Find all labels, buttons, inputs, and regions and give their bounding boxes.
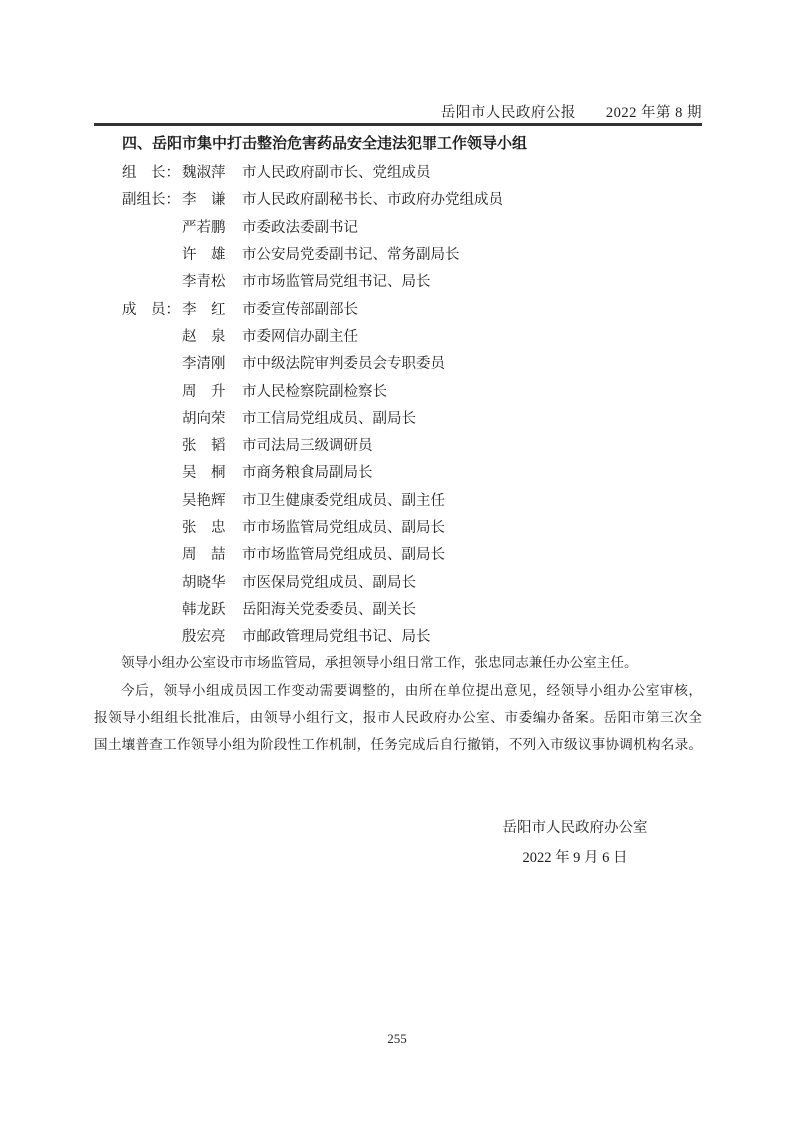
header-divider-rule (94, 123, 702, 126)
roster-member-name: 殷宏亮 (182, 625, 228, 646)
issuing-office-signature: 岳阳市人民政府办公室 (430, 813, 720, 843)
roster-member-title: 市人民检察院副检察长 (242, 380, 387, 401)
roster-member-title: 市市场监管局党组书记、局长 (242, 270, 431, 291)
roster-member-title: 市公安局党委副书记、常务副局长 (242, 243, 460, 264)
page-number: 255 (0, 1031, 794, 1047)
roster-row: 张 韬 市司法局三级调研员 (94, 431, 702, 458)
roster-member-title: 市工信局党组成员、副局长 (242, 407, 416, 428)
roster-row: 李青松 市市场监管局党组书记、局长 (94, 267, 702, 294)
roster-member-title: 市委政法委副书记 (242, 216, 358, 237)
roster-member-title: 市委网信办副主任 (242, 325, 358, 346)
roster-member-title: 市人民政府副秘书长、市政府办党组成员 (242, 188, 503, 209)
roster-member-title: 市医保局党组成员、副局长 (242, 571, 416, 592)
roster-row: 吴艳辉 市卫生健康委党组成员、副主任 (94, 486, 702, 513)
roster-member-name: 胡晓华 (182, 571, 228, 592)
roster-member-name: 张 忠 (182, 516, 228, 537)
closing-paragraphs: 领导小组办公室设市市场监管局，承担领导小组日常工作，张忠同志兼任办公室主任。今后… (94, 649, 702, 758)
roster-member-name: 胡向荣 (182, 407, 228, 428)
roster-member-name: 李 谦 (182, 188, 228, 209)
paragraph-line: 报领导小组组长批准后，由领导小组行文，报市人民政府办公室、市委编办备案。岳阳市第… (94, 704, 702, 731)
roster-member-name: 严若鹏 (182, 216, 228, 237)
paragraph-line: 领导小组办公室设市市场监管局，承担领导小组日常工作，张忠同志兼任办公室主任。 (94, 649, 702, 676)
running-header: 岳阳市人民政府公报 2022 年第 8 期 (441, 101, 702, 122)
roster-row: 吴 桐 市商务粮食局副局长 (94, 458, 702, 485)
paragraph-line: 今后，领导小组成员因工作变动需要调整的，由所在单位提出意见，经领导小组办公室审核… (94, 677, 702, 704)
roster-member-name: 李青松 (182, 270, 228, 291)
roster-member-name: 吴艳辉 (182, 489, 228, 510)
roster-row: 李清刚 市中级法院审判委员会专职委员 (94, 349, 702, 376)
document-body: 四、岳阳市集中打击整治危害药品安全违法犯罪工作领导小组 组 长： 魏淑萍 市人民… (94, 131, 702, 759)
roster-row: 胡晓华 市医保局党组成员、副局长 (94, 567, 702, 594)
roster-member-title: 市邮政管理局党组书记、局长 (242, 625, 431, 646)
roster-member-name: 魏淑萍 (182, 161, 228, 182)
roster-member-name: 李清刚 (182, 352, 228, 373)
roster-row: 周 升 市人民检察院副检察长 (94, 376, 702, 403)
roster-role-label: 组 长： (122, 161, 182, 182)
roster-row: 韩龙跃 岳阳海关党委委员、副关长 (94, 595, 702, 622)
gazette-page: 岳阳市人民政府公报 2022 年第 8 期 四、岳阳市集中打击整治危害药品安全违… (0, 0, 794, 1122)
roster-member-title: 市人民政府副市长、党组成员 (242, 161, 431, 182)
roster-member-title: 市委宣传部副部长 (242, 298, 358, 319)
paragraph-line: 国土壤普查工作领导小组为阶段性工作机制，任务完成后自行撤销，不列入市级议事协调机… (94, 731, 702, 758)
roster-row: 严若鹏 市委政法委副书记 (94, 213, 702, 240)
roster-member-name: 张 韬 (182, 434, 228, 455)
roster-member-title: 市商务粮食局副局长 (242, 461, 373, 482)
signature-block: 岳阳市人民政府办公室 2022 年 9 月 6 日 (430, 813, 720, 873)
roster-member-title: 岳阳海关党委委员、副关长 (242, 598, 416, 619)
roster-member-title: 市市场监管局党组成员、副局长 (242, 516, 445, 537)
roster-member-title: 市市场监管局党组成员、副局长 (242, 543, 445, 564)
roster-row: 胡向荣 市工信局党组成员、副局长 (94, 404, 702, 431)
roster-member-name: 韩龙跃 (182, 598, 228, 619)
roster-member-name: 许 雄 (182, 243, 228, 264)
roster-row: 副组长： 李 谦 市人民政府副秘书长、市政府办党组成员 (94, 185, 702, 212)
roster-row: 许 雄 市公安局党委副书记、常务副局长 (94, 240, 702, 267)
roster-row: 殷宏亮 市邮政管理局党组书记、局长 (94, 622, 702, 649)
roster-row: 组 长： 魏淑萍 市人民政府副市长、党组成员 (94, 158, 702, 185)
roster-member-title: 市卫生健康委党组成员、副主任 (242, 489, 445, 510)
issue-date: 2022 年 9 月 6 日 (430, 843, 720, 873)
roster-member-name: 周 升 (182, 380, 228, 401)
section-heading: 四、岳阳市集中打击整治危害药品安全违法犯罪工作领导小组 (94, 131, 702, 158)
roster-member-name: 周 喆 (182, 543, 228, 564)
roster-member-name: 赵 泉 (182, 325, 228, 346)
roster-member-name: 李 红 (182, 298, 228, 319)
roster-role-label: 副组长： (122, 188, 182, 209)
leadership-roster: 组 长： 魏淑萍 市人民政府副市长、党组成员 副组长： 李 谦 市人民政府副秘书… (94, 158, 702, 649)
roster-role-label: 成 员： (122, 298, 182, 319)
roster-member-title: 市中级法院审判委员会专职委员 (242, 352, 445, 373)
roster-row: 张 忠 市市场监管局党组成员、副局长 (94, 513, 702, 540)
roster-row: 成 员： 李 红 市委宣传部副部长 (94, 294, 702, 321)
roster-row: 赵 泉 市委网信办副主任 (94, 322, 702, 349)
roster-member-name: 吴 桐 (182, 461, 228, 482)
roster-row: 周 喆 市市场监管局党组成员、副局长 (94, 540, 702, 567)
roster-member-title: 市司法局三级调研员 (242, 434, 373, 455)
